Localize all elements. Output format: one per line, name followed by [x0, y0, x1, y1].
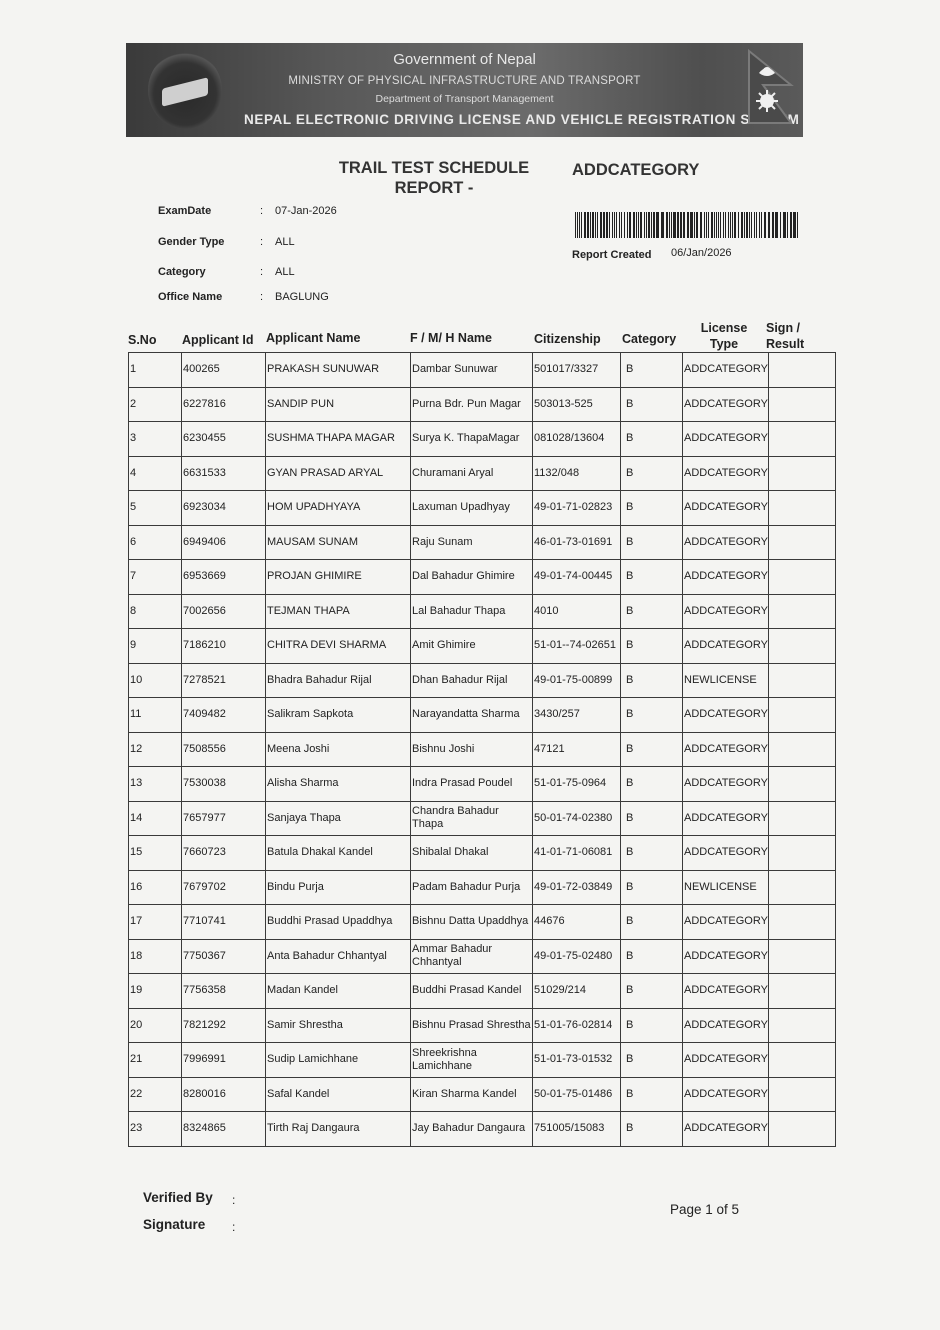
cell-citizenship: 47121 — [533, 732, 621, 767]
cell-license-type: ADDCATEGORY — [683, 1077, 769, 1112]
cell-citizenship: 4010 — [533, 594, 621, 629]
cell-applicant-name: Tirth Raj Dangaura — [266, 1112, 411, 1147]
cell-category: B — [621, 1008, 683, 1043]
cell-applicant-id: 7750367 — [182, 939, 266, 974]
cell-license-type: ADDCATEGORY — [683, 353, 769, 388]
cell-category: B — [621, 491, 683, 526]
meta-value: ALL — [275, 236, 295, 248]
table-row: 177710741Buddhi Prasad UpaddhyaBishnu Da… — [129, 905, 836, 940]
cell-citizenship: 50-01-74-02380 — [533, 801, 621, 836]
cell-citizenship: 51-01-73-01532 — [533, 1043, 621, 1078]
cell-citizenship: 51-01-75-0964 — [533, 767, 621, 802]
col-header-license-type: License Type — [688, 320, 760, 352]
table-row: 117409482Salikram SapkotaNarayandatta Sh… — [129, 698, 836, 733]
verified-by-colon: : — [232, 1193, 235, 1207]
cell-applicant-id: 7409482 — [182, 698, 266, 733]
cell-applicant-id: 7679702 — [182, 870, 266, 905]
barcode — [575, 212, 801, 238]
cell-license-type: ADDCATEGORY — [683, 698, 769, 733]
cell-applicant-name: TEJMAN THAPA — [266, 594, 411, 629]
cell-applicant-id: 7821292 — [182, 1008, 266, 1043]
cell-fmh-name: Shreekrishna Lamichhane — [411, 1043, 533, 1078]
cell-sno: 14 — [129, 801, 182, 836]
cell-category: B — [621, 870, 683, 905]
banner-ministry: MINISTRY OF PHYSICAL INFRASTRUCTURE AND … — [126, 75, 803, 87]
cell-applicant-name: SANDIP PUN — [266, 387, 411, 422]
cell-citizenship: 081028/13604 — [533, 422, 621, 457]
meta-label: Office Name — [158, 291, 222, 303]
cell-citizenship: 51029/214 — [533, 974, 621, 1009]
cell-applicant-id: 8280016 — [182, 1077, 266, 1112]
cell-applicant-id: 6230455 — [182, 422, 266, 457]
cell-citizenship: 50-01-75-01486 — [533, 1077, 621, 1112]
cell-sign-result — [769, 905, 836, 940]
cell-category: B — [621, 698, 683, 733]
cell-applicant-name: Anta Bahadur Chhantyal — [266, 939, 411, 974]
meta-colon: : — [260, 236, 263, 248]
cell-sno: 1 — [129, 353, 182, 388]
table-row: 66949406MAUSAM SUNAMRaju Sunam46-01-73-0… — [129, 525, 836, 560]
header-banner: Government of Nepal MINISTRY OF PHYSICAL… — [126, 43, 803, 137]
cell-sign-result — [769, 1043, 836, 1078]
cell-fmh-name: Jay Bahadur Dangaura — [411, 1112, 533, 1147]
cell-license-type: ADDCATEGORY — [683, 905, 769, 940]
table-row: 217996991Sudip LamichhaneShreekrishna La… — [129, 1043, 836, 1078]
cell-applicant-id: 7508556 — [182, 732, 266, 767]
cell-license-type: ADDCATEGORY — [683, 801, 769, 836]
cell-category: B — [621, 939, 683, 974]
cell-sign-result — [769, 974, 836, 1009]
cell-license-type: ADDCATEGORY — [683, 1043, 769, 1078]
verified-by-label: Verified By — [143, 1190, 213, 1205]
cell-applicant-id: 6953669 — [182, 560, 266, 595]
meta-label: Category — [158, 266, 206, 278]
cell-category: B — [621, 525, 683, 560]
signature-colon: : — [232, 1220, 235, 1234]
cell-applicant-id: 7756358 — [182, 974, 266, 1009]
cell-license-type: ADDCATEGORY — [683, 456, 769, 491]
cell-license-type: ADDCATEGORY — [683, 387, 769, 422]
cell-fmh-name: Shibalal Dhakal — [411, 836, 533, 871]
cell-applicant-id: 400265 — [182, 353, 266, 388]
cell-license-type: ADDCATEGORY — [683, 629, 769, 664]
cell-category: B — [621, 629, 683, 664]
cell-license-type: ADDCATEGORY — [683, 525, 769, 560]
cell-category: B — [621, 905, 683, 940]
col-header-applicant-id: Applicant Id — [182, 332, 254, 348]
cell-fmh-name: Indra Prasad Poudel — [411, 767, 533, 802]
cell-category: B — [621, 836, 683, 871]
cell-fmh-name: Raju Sunam — [411, 525, 533, 560]
table-row: 1400265PRAKASH SUNUWARDambar Sunuwar5010… — [129, 353, 836, 388]
cell-applicant-id: 6949406 — [182, 525, 266, 560]
cell-fmh-name: Kiran Sharma Kandel — [411, 1077, 533, 1112]
cell-sno: 3 — [129, 422, 182, 457]
cell-fmh-name: Bishnu Joshi — [411, 732, 533, 767]
cell-sno: 6 — [129, 525, 182, 560]
cell-applicant-name: HOM UPADHYAYA — [266, 491, 411, 526]
cell-sign-result — [769, 525, 836, 560]
col-header-license-type-line2: Type — [710, 337, 738, 351]
report-type: ADDCATEGORY — [572, 161, 699, 180]
signature-label: Signature — [143, 1217, 205, 1232]
cell-sign-result — [769, 767, 836, 802]
meta-colon: : — [260, 266, 263, 278]
cell-citizenship: 49-01-75-02480 — [533, 939, 621, 974]
cell-sign-result — [769, 491, 836, 526]
meta-label: ExamDate — [158, 205, 211, 217]
cell-fmh-name: Bishnu Prasad Shrestha — [411, 1008, 533, 1043]
meta-label: Gender Type — [158, 236, 224, 248]
cell-sign-result — [769, 801, 836, 836]
cell-applicant-id: 7186210 — [182, 629, 266, 664]
cell-citizenship: 501017/3327 — [533, 353, 621, 388]
cell-sno: 11 — [129, 698, 182, 733]
table-row: 167679702Bindu PurjaPadam Bahadur Purja4… — [129, 870, 836, 905]
col-header-license-type-line1: License — [701, 321, 748, 335]
cell-fmh-name: Dambar Sunuwar — [411, 353, 533, 388]
table-row: 157660723Batula Dhakal KandelShibalal Dh… — [129, 836, 836, 871]
table-row: 197756358Madan KandelBuddhi Prasad Kande… — [129, 974, 836, 1009]
cell-applicant-name: Buddhi Prasad Upaddhya — [266, 905, 411, 940]
table-row: 36230455SUSHMA THAPA MAGARSurya K. Thapa… — [129, 422, 836, 457]
cell-sno: 21 — [129, 1043, 182, 1078]
cell-applicant-name: Madan Kandel — [266, 974, 411, 1009]
cell-fmh-name: Lal Bahadur Thapa — [411, 594, 533, 629]
table-row: 107278521Bhadra Bahadur RijalDhan Bahadu… — [129, 663, 836, 698]
cell-category: B — [621, 1043, 683, 1078]
cell-license-type: ADDCATEGORY — [683, 491, 769, 526]
cell-license-type: ADDCATEGORY — [683, 939, 769, 974]
cell-sno: 20 — [129, 1008, 182, 1043]
cell-citizenship: 51-01--74-02651 — [533, 629, 621, 664]
cell-sno: 17 — [129, 905, 182, 940]
cell-category: B — [621, 767, 683, 802]
cell-sno: 12 — [129, 732, 182, 767]
cell-fmh-name: Purna Bdr. Pun Magar — [411, 387, 533, 422]
cell-license-type: ADDCATEGORY — [683, 836, 769, 871]
cell-sno: 23 — [129, 1112, 182, 1147]
cell-applicant-name: Bhadra Bahadur Rijal — [266, 663, 411, 698]
cell-sign-result — [769, 1077, 836, 1112]
cell-citizenship: 41-01-71-06081 — [533, 836, 621, 871]
cell-citizenship: 1132/048 — [533, 456, 621, 491]
cell-fmh-name: Surya K. ThapaMagar — [411, 422, 533, 457]
cell-sign-result — [769, 939, 836, 974]
report-title-line1: TRAIL TEST SCHEDULE — [330, 158, 538, 178]
cell-sno: 18 — [129, 939, 182, 974]
table-row: 147657977Sanjaya ThapaChandra Bahadur Th… — [129, 801, 836, 836]
cell-citizenship: 49-01-72-03849 — [533, 870, 621, 905]
col-header-sign-result: Sign / Result — [766, 320, 804, 352]
banner-department: Department of Transport Management — [126, 93, 803, 105]
cell-license-type: ADDCATEGORY — [683, 422, 769, 457]
cell-sign-result — [769, 663, 836, 698]
cell-license-type: ADDCATEGORY — [683, 560, 769, 595]
cell-license-type: ADDCATEGORY — [683, 594, 769, 629]
cell-sno: 9 — [129, 629, 182, 664]
cell-applicant-id: 7710741 — [182, 905, 266, 940]
cell-citizenship: 751005/15083 — [533, 1112, 621, 1147]
cell-applicant-name: GYAN PRASAD ARYAL — [266, 456, 411, 491]
cell-citizenship: 503013-525 — [533, 387, 621, 422]
cell-citizenship: 49-01-74-00445 — [533, 560, 621, 595]
nepal-flag-icon — [747, 49, 795, 127]
cell-citizenship: 51-01-76-02814 — [533, 1008, 621, 1043]
cell-sno: 15 — [129, 836, 182, 871]
cell-category: B — [621, 801, 683, 836]
cell-sign-result — [769, 732, 836, 767]
cell-applicant-name: Bindu Purja — [266, 870, 411, 905]
cell-applicant-name: Samir Shrestha — [266, 1008, 411, 1043]
table-row: 228280016Safal KandelKiran Sharma Kandel… — [129, 1077, 836, 1112]
cell-sno: 7 — [129, 560, 182, 595]
banner-government: Government of Nepal — [126, 51, 803, 68]
cell-sno: 19 — [129, 974, 182, 1009]
report-title: TRAIL TEST SCHEDULE REPORT - — [330, 158, 538, 198]
cell-sign-result — [769, 353, 836, 388]
meta-value: 07-Jan-2026 — [275, 205, 337, 217]
cell-fmh-name: Chandra Bahadur Thapa — [411, 801, 533, 836]
cell-sno: 22 — [129, 1077, 182, 1112]
cell-license-type: NEWLICENSE — [683, 663, 769, 698]
cell-applicant-id: 6227816 — [182, 387, 266, 422]
cell-fmh-name: Buddhi Prasad Kandel — [411, 974, 533, 1009]
cell-applicant-id: 7002656 — [182, 594, 266, 629]
cell-sign-result — [769, 594, 836, 629]
cell-sign-result — [769, 870, 836, 905]
cell-applicant-name: Alisha Sharma — [266, 767, 411, 802]
cell-category: B — [621, 422, 683, 457]
col-header-category: Category — [622, 331, 676, 347]
meta-value: ALL — [275, 266, 295, 278]
cell-sno: 4 — [129, 456, 182, 491]
cell-applicant-id: 8324865 — [182, 1112, 266, 1147]
cell-applicant-name: Batula Dhakal Kandel — [266, 836, 411, 871]
col-header-fmh-name: F / M/ H Name — [410, 330, 492, 346]
cell-category: B — [621, 560, 683, 595]
cell-applicant-name: MAUSAM SUNAM — [266, 525, 411, 560]
cell-license-type: ADDCATEGORY — [683, 1112, 769, 1147]
col-header-citizenship: Citizenship — [534, 331, 601, 347]
cell-sno: 8 — [129, 594, 182, 629]
cell-citizenship: 49-01-71-02823 — [533, 491, 621, 526]
cell-sign-result — [769, 1112, 836, 1147]
cell-sign-result — [769, 698, 836, 733]
cell-fmh-name: Amit Ghimire — [411, 629, 533, 664]
cell-applicant-id: 7660723 — [182, 836, 266, 871]
meta-value: BAGLUNG — [275, 291, 329, 303]
cell-fmh-name: Laxuman Upadhyay — [411, 491, 533, 526]
cell-category: B — [621, 663, 683, 698]
cell-fmh-name: Padam Bahadur Purja — [411, 870, 533, 905]
cell-category: B — [621, 353, 683, 388]
cell-sign-result — [769, 387, 836, 422]
meta-colon: : — [260, 291, 263, 303]
cell-applicant-name: Sudip Lamichhane — [266, 1043, 411, 1078]
cell-category: B — [621, 594, 683, 629]
cell-license-type: ADDCATEGORY — [683, 732, 769, 767]
cell-fmh-name: Churamani Aryal — [411, 456, 533, 491]
cell-category: B — [621, 1077, 683, 1112]
cell-applicant-id: 7530038 — [182, 767, 266, 802]
cell-sign-result — [769, 456, 836, 491]
table-row: 56923034HOM UPADHYAYALaxuman Upadhyay49-… — [129, 491, 836, 526]
cell-applicant-name: SUSHMA THAPA MAGAR — [266, 422, 411, 457]
cell-citizenship: 46-01-73-01691 — [533, 525, 621, 560]
cell-applicant-id: 7657977 — [182, 801, 266, 836]
table-row: 127508556Meena JoshiBishnu Joshi47121BAD… — [129, 732, 836, 767]
table-row: 238324865Tirth Raj DangauraJay Bahadur D… — [129, 1112, 836, 1147]
meta-colon: : — [260, 205, 263, 217]
cell-license-type: NEWLICENSE — [683, 870, 769, 905]
table-row: 97186210CHITRA DEVI SHARMAAmit Ghimire51… — [129, 629, 836, 664]
cell-category: B — [621, 732, 683, 767]
col-header-sign-result-line1: Sign / — [766, 321, 800, 335]
table-row: 76953669PROJAN GHIMIREDal Bahadur Ghimir… — [129, 560, 836, 595]
cell-citizenship: 44676 — [533, 905, 621, 940]
table-row: 187750367Anta Bahadur ChhantyalAmmar Bah… — [129, 939, 836, 974]
cell-fmh-name: Bishnu Datta Upaddhya — [411, 905, 533, 940]
col-header-sign-result-line2: Result — [766, 337, 804, 351]
cell-applicant-id: 6923034 — [182, 491, 266, 526]
cell-fmh-name: Dal Bahadur Ghimire — [411, 560, 533, 595]
cell-sign-result — [769, 422, 836, 457]
cell-category: B — [621, 974, 683, 1009]
schedule-table: 1400265PRAKASH SUNUWARDambar Sunuwar5010… — [128, 352, 836, 1147]
cell-license-type: ADDCATEGORY — [683, 767, 769, 802]
col-header-sno: S.No — [128, 332, 156, 348]
cell-applicant-name: Safal Kandel — [266, 1077, 411, 1112]
cell-sno: 2 — [129, 387, 182, 422]
col-header-applicant-name: Applicant Name — [266, 330, 360, 346]
table-row: 137530038Alisha SharmaIndra Prasad Poude… — [129, 767, 836, 802]
cell-category: B — [621, 456, 683, 491]
banner-system-name: NEPAL ELECTRONIC DRIVING LICENSE AND VEH… — [244, 112, 799, 127]
cell-sign-result — [769, 629, 836, 664]
cell-sno: 10 — [129, 663, 182, 698]
cell-applicant-id: 7278521 — [182, 663, 266, 698]
cell-category: B — [621, 387, 683, 422]
table-row: 46631533GYAN PRASAD ARYALChuramani Aryal… — [129, 456, 836, 491]
table-header: S.No Applicant Id Applicant Name F / M/ … — [128, 318, 838, 352]
cell-license-type: ADDCATEGORY — [683, 974, 769, 1009]
cell-sno: 5 — [129, 491, 182, 526]
cell-fmh-name: Narayandatta Sharma — [411, 698, 533, 733]
cell-applicant-name: PRAKASH SUNUWAR — [266, 353, 411, 388]
cell-applicant-name: Meena Joshi — [266, 732, 411, 767]
table-row: 26227816SANDIP PUNPurna Bdr. Pun Magar50… — [129, 387, 836, 422]
cell-license-type: ADDCATEGORY — [683, 1008, 769, 1043]
cell-sign-result — [769, 1008, 836, 1043]
cell-sno: 13 — [129, 767, 182, 802]
cell-applicant-name: PROJAN GHIMIRE — [266, 560, 411, 595]
cell-fmh-name: Dhan Bahadur Rijal — [411, 663, 533, 698]
cell-applicant-name: CHITRA DEVI SHARMA — [266, 629, 411, 664]
report-created-label: Report Created — [572, 249, 651, 261]
cell-citizenship: 3430/257 — [533, 698, 621, 733]
cell-fmh-name: Ammar Bahadur Chhantyal — [411, 939, 533, 974]
cell-category: B — [621, 1112, 683, 1147]
report-created-value: 06/Jan/2026 — [671, 247, 732, 259]
cell-citizenship: 49-01-75-00899 — [533, 663, 621, 698]
cell-applicant-name: Sanjaya Thapa — [266, 801, 411, 836]
table-row: 207821292Samir ShresthaBishnu Prasad Shr… — [129, 1008, 836, 1043]
table-row: 87002656TEJMAN THAPALal Bahadur Thapa401… — [129, 594, 836, 629]
cell-sno: 16 — [129, 870, 182, 905]
cell-applicant-name: Salikram Sapkota — [266, 698, 411, 733]
cell-applicant-id: 6631533 — [182, 456, 266, 491]
cell-applicant-id: 7996991 — [182, 1043, 266, 1078]
cell-sign-result — [769, 560, 836, 595]
page-number: Page 1 of 5 — [670, 1202, 739, 1217]
cell-sign-result — [769, 836, 836, 871]
report-title-line2: REPORT - — [330, 178, 538, 198]
